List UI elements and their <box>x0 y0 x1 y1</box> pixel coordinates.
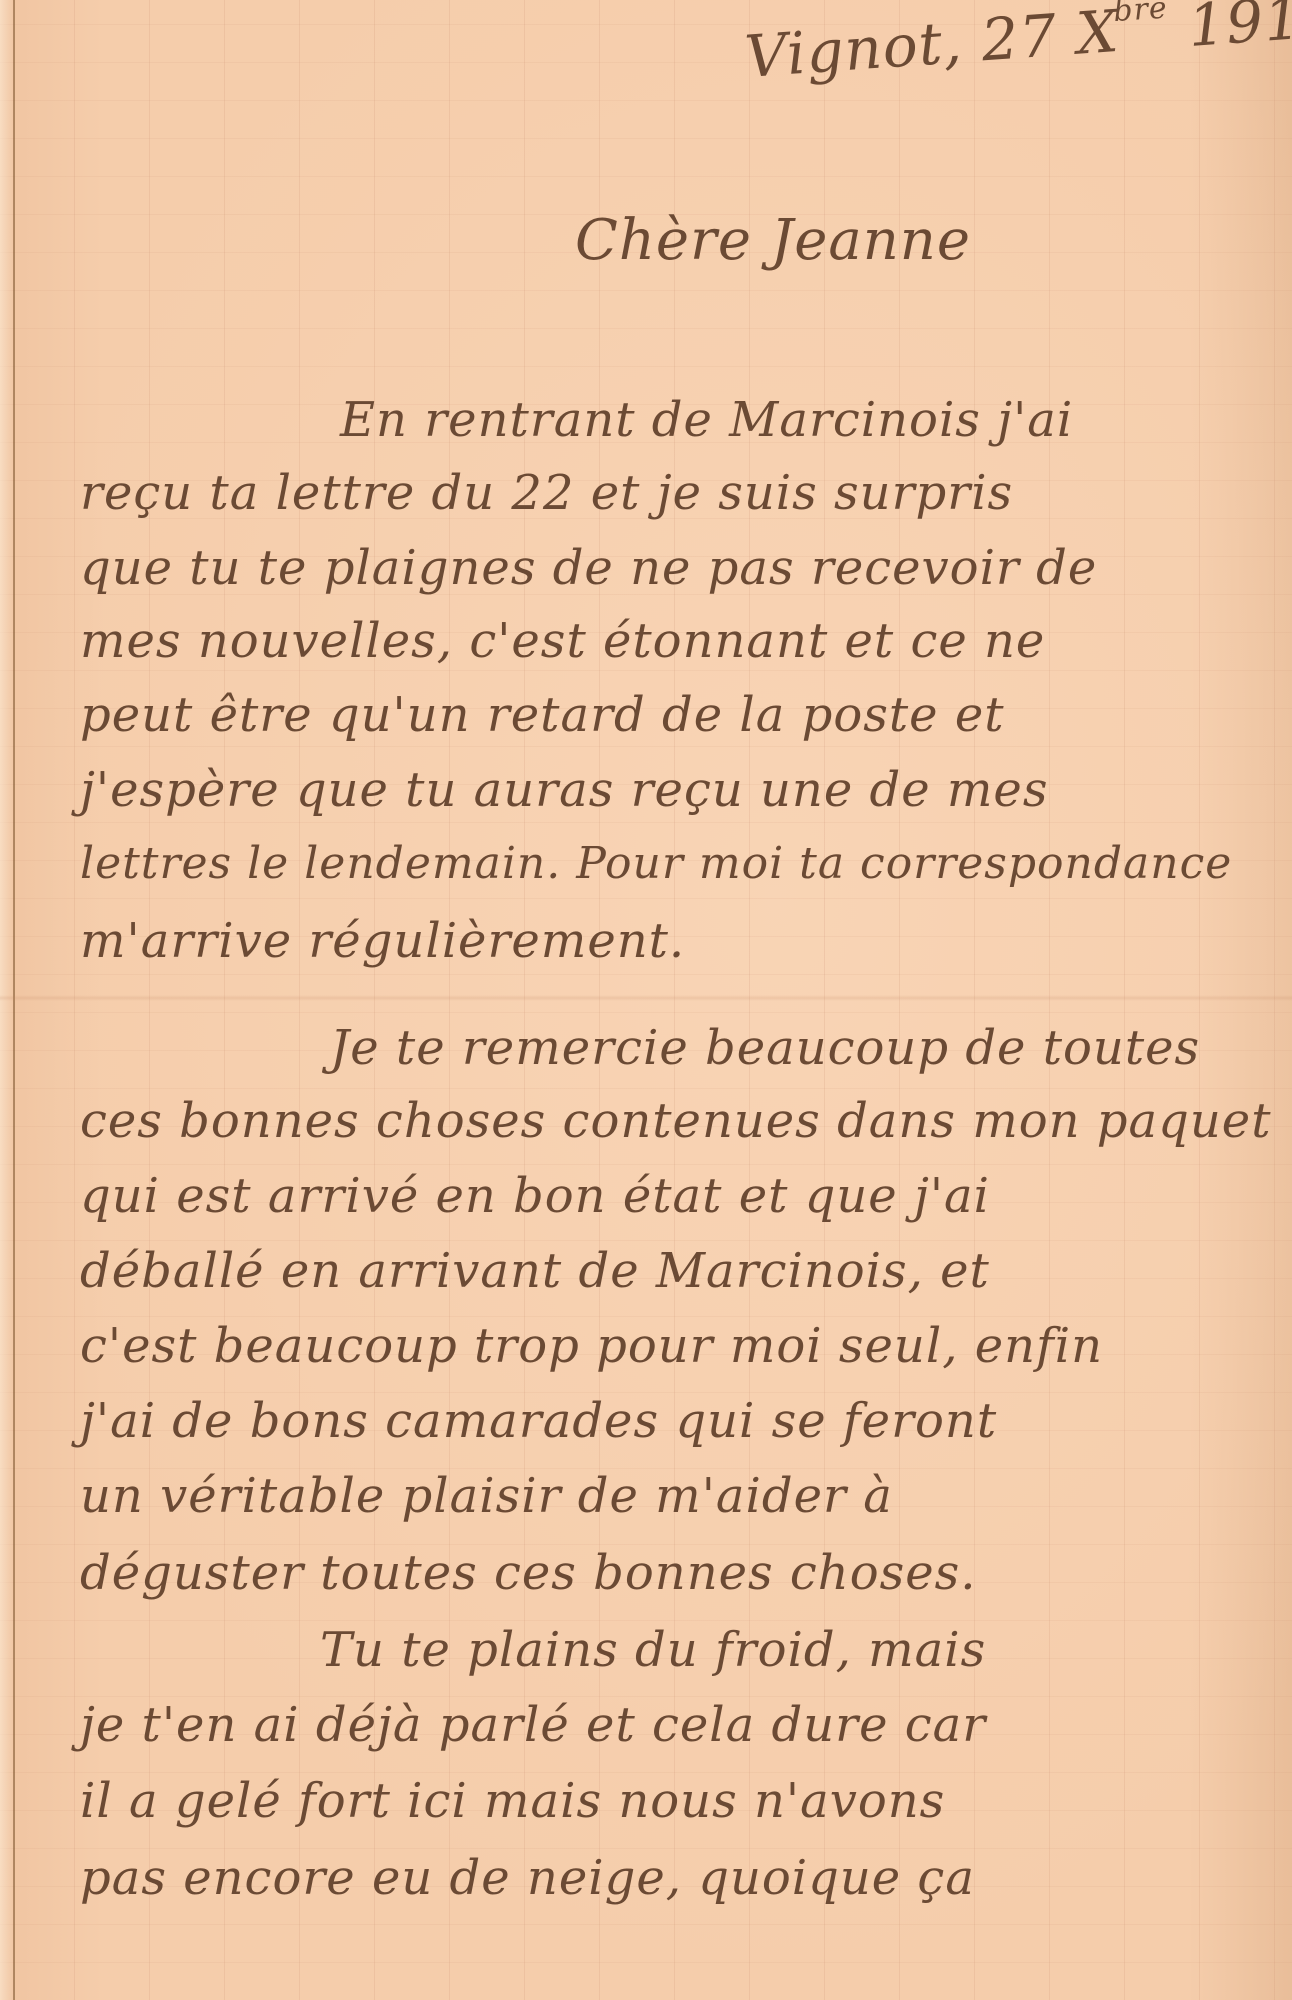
letter-line: lettres le lendemain. Pour moi ta corres… <box>80 838 1232 889</box>
letter-line: j'ai de bons camarades qui se feront <box>80 1393 997 1449</box>
letter-line: qui est arrivé en bon état et que j'ai <box>80 1168 990 1224</box>
letter-line: déballé en arrivant de Marcinois, et <box>80 1243 990 1299</box>
letter-line: c'est beaucoup trop pour moi seul, enfin <box>80 1318 1103 1374</box>
letter-line: m'arrive régulièrement. <box>80 913 685 969</box>
letter-line: il a gelé fort ici mais nous n'avons <box>80 1773 945 1829</box>
letter-line: un véritable plaisir de m'aider à <box>80 1468 893 1524</box>
letter-line: Je te remercie beaucoup de toutes <box>330 1020 1200 1076</box>
letter-line: j'espère que tu auras reçu une de mes <box>80 762 1048 818</box>
paper-fold-crease <box>0 995 1292 1001</box>
letter-line: ces bonnes choses contenues dans mon paq… <box>80 1093 1271 1149</box>
date-month-superscript: bre <box>1112 0 1169 29</box>
letter-line: déguster toutes ces bonnes choses. <box>80 1545 977 1601</box>
letter-line: pas encore eu de neige, quoique ça <box>80 1850 975 1906</box>
date-day: 27 <box>979 1 1059 74</box>
letter-date-header: Vignot, 27 Xbre 1914 <box>743 0 1292 91</box>
letter-line: peut être qu'un retard de la poste et <box>80 687 1005 743</box>
letter-line: mes nouvelles, c'est étonnant et ce ne <box>80 613 1045 669</box>
place-name: Vignot <box>743 9 945 91</box>
date-year: 1914 <box>1186 0 1292 60</box>
letter-line: que tu te plaignes de ne pas recevoir de <box>80 540 1097 596</box>
letter-line: reçu ta lettre du 22 et je suis surpris <box>80 465 1013 521</box>
date-comma: , <box>940 7 984 78</box>
salutation: Chère Jeanne <box>575 208 971 273</box>
letter-line: En rentrant de Marcinois j'ai <box>340 392 1073 448</box>
letter-line: Tu te plains du froid, mais <box>320 1622 986 1678</box>
letter-line: je t'en ai déjà parlé et cela dure car <box>80 1697 986 1753</box>
letter-page: Vignot, 27 Xbre 1914 Chère Jeanne En ren… <box>0 0 1292 2000</box>
